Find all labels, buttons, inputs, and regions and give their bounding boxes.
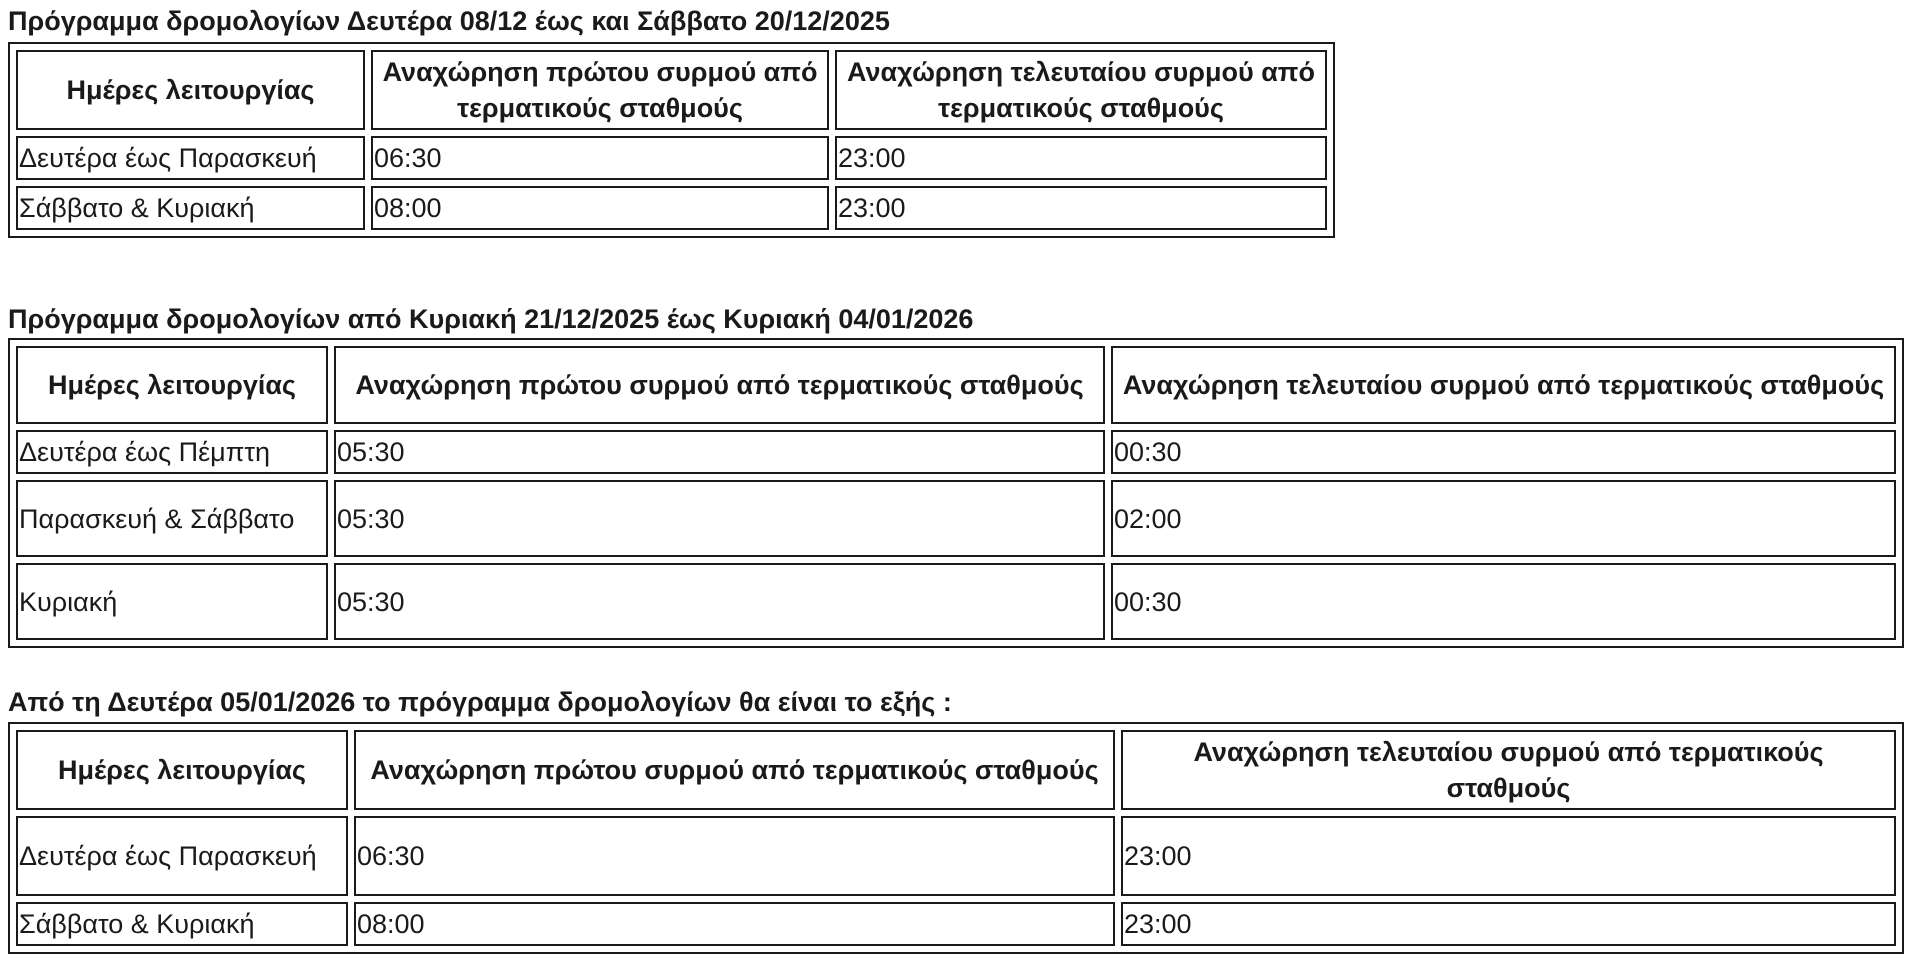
schedule-table-from-jan-05: Ημέρες λειτουργίας Αναχώρηση πρώτου συρμ… xyxy=(8,722,1904,954)
cell-last-departure: 00:30 xyxy=(1111,563,1896,640)
cell-days: Δευτέρα έως Παρασκευή xyxy=(16,136,365,180)
header-first-departure: Αναχώρηση πρώτου συρμού από τερματικούς … xyxy=(371,50,829,130)
cell-last-departure: 23:00 xyxy=(1121,902,1896,946)
cell-days: Σάββατο & Κυριακή xyxy=(16,902,348,946)
schedule-title-dec-08-20: Πρόγραμμα δρομολογίων Δευτέρα 08/12 έως … xyxy=(8,5,890,37)
table-header-row: Ημέρες λειτουργίας Αναχώρηση πρώτου συρμ… xyxy=(16,50,1327,130)
cell-last-departure: 23:00 xyxy=(1121,816,1896,896)
header-first-departure: Αναχώρηση πρώτου συρμού από τερματικούς … xyxy=(334,346,1105,424)
table-row: Παρασκευή & Σάββατο 05:30 02:00 xyxy=(16,480,1896,557)
table-row: Δευτέρα έως Παρασκευή 06:30 23:00 xyxy=(16,136,1327,180)
cell-first-departure: 08:00 xyxy=(354,902,1115,946)
schedule-title-dec-21-jan-04: Πρόγραμμα δρομολογίων από Κυριακή 21/12/… xyxy=(8,303,973,335)
table-row: Σάββατο & Κυριακή 08:00 23:00 xyxy=(16,186,1327,230)
cell-last-departure: 00:30 xyxy=(1111,430,1896,474)
cell-last-departure: 02:00 xyxy=(1111,480,1896,557)
cell-days: Κυριακή xyxy=(16,563,328,640)
table-row: Δευτέρα έως Πέμπτη 05:30 00:30 xyxy=(16,430,1896,474)
table-row: Δευτέρα έως Παρασκευή 06:30 23:00 xyxy=(16,816,1896,896)
header-last-departure: Αναχώρηση τελευταίου συρμού από τερματικ… xyxy=(835,50,1327,130)
cell-first-departure: 06:30 xyxy=(371,136,829,180)
cell-days: Δευτέρα έως Παρασκευή xyxy=(16,816,348,896)
schedule-table-dec-21-jan-04: Ημέρες λειτουργίας Αναχώρηση πρώτου συρμ… xyxy=(8,338,1904,648)
header-operating-days: Ημέρες λειτουργίας xyxy=(16,730,348,810)
header-operating-days: Ημέρες λειτουργίας xyxy=(16,346,328,424)
cell-first-departure: 05:30 xyxy=(334,430,1105,474)
cell-days: Παρασκευή & Σάββατο xyxy=(16,480,328,557)
cell-days: Δευτέρα έως Πέμπτη xyxy=(16,430,328,474)
table-header-row: Ημέρες λειτουργίας Αναχώρηση πρώτου συρμ… xyxy=(16,730,1896,810)
schedule-table-dec-08-20: Ημέρες λειτουργίας Αναχώρηση πρώτου συρμ… xyxy=(8,42,1335,238)
table-header-row: Ημέρες λειτουργίας Αναχώρηση πρώτου συρμ… xyxy=(16,346,1896,424)
cell-last-departure: 23:00 xyxy=(835,136,1327,180)
cell-first-departure: 08:00 xyxy=(371,186,829,230)
cell-first-departure: 05:30 xyxy=(334,480,1105,557)
cell-last-departure: 23:00 xyxy=(835,186,1327,230)
header-first-departure: Αναχώρηση πρώτου συρμού από τερματικούς … xyxy=(354,730,1115,810)
schedule-title-from-jan-05: Από τη Δευτέρα 05/01/2026 το πρόγραμμα δ… xyxy=(8,686,952,718)
header-operating-days: Ημέρες λειτουργίας xyxy=(16,50,365,130)
cell-first-departure: 06:30 xyxy=(354,816,1115,896)
cell-days: Σάββατο & Κυριακή xyxy=(16,186,365,230)
header-last-departure: Αναχώρηση τελευταίου συρμού από τερματικ… xyxy=(1111,346,1896,424)
header-last-departure: Αναχώρηση τελευταίου συρμού από τερματικ… xyxy=(1121,730,1896,810)
table-row: Κυριακή 05:30 00:30 xyxy=(16,563,1896,640)
table-row: Σάββατο & Κυριακή 08:00 23:00 xyxy=(16,902,1896,946)
cell-first-departure: 05:30 xyxy=(334,563,1105,640)
